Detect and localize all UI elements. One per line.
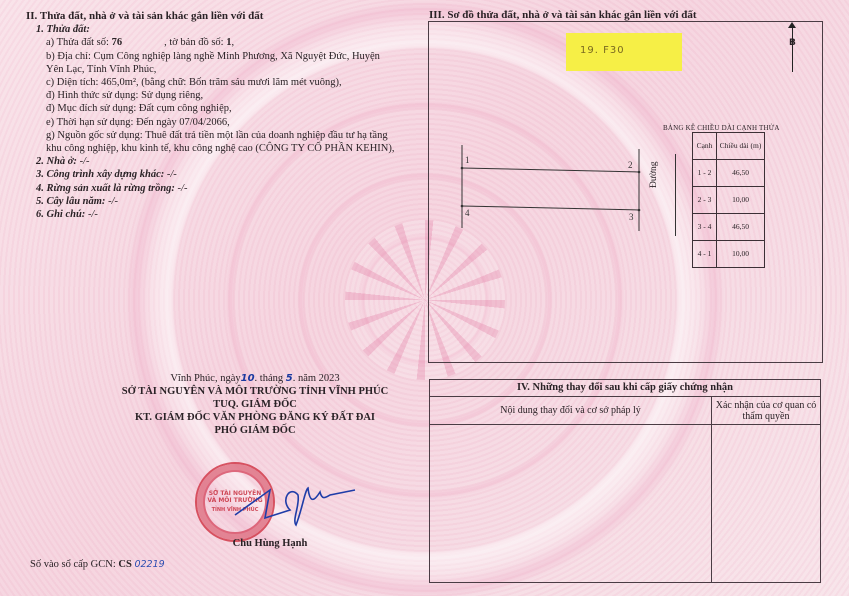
col-authority-confirmation: Xác nhận của cơ quan có thẩm quyền <box>712 397 821 425</box>
signature-block: Vĩnh Phúc, ngày10. tháng 5. năm 2023 SỞ … <box>110 372 400 437</box>
origin-line: g) Nguồn gốc sử dụng: Thuê đất trả tiền … <box>26 129 421 142</box>
origin-line-cont: khu công nghiệp, khu kinh tế, khu công n… <box>26 142 421 155</box>
other-item: 4. Rừng sản xuất là rừng trồng: -/- <box>26 182 421 195</box>
section-land-info: II. Thửa đất, nhà ở và tài sản khác gắn … <box>26 10 421 221</box>
area-line: c) Diện tích: 465,0m², (bằng chữ: Bốn tr… <box>26 76 421 89</box>
table-row: 4 - 110,00 <box>693 241 765 268</box>
changes-table: IV. Những thay đổi sau khi cấp giấy chứn… <box>429 379 821 583</box>
usage-form-line: đ) Hình thức sử dụng: Sử dụng riêng, <box>26 89 421 102</box>
other-item: 6. Ghi chú: -/- <box>26 208 421 221</box>
point-label: 3 <box>629 212 634 222</box>
point-label: 2 <box>628 160 633 170</box>
table-row: 3 - 446,50 <box>693 214 765 241</box>
table-row: 1 - 246,50 <box>693 160 765 187</box>
section2-title: II. Thửa đất, nhà ở và tài sản khác gắn … <box>26 10 421 23</box>
sticky-note-text: 19. F30 <box>580 44 625 57</box>
change-content-cell <box>430 425 712 583</box>
usage-term-line: e) Thời hạn sử dụng: Đến ngày 07/04/2066… <box>26 116 421 129</box>
other-item: 5. Cây lâu năm: -/- <box>26 195 421 208</box>
certificate-page: II. Thửa đất, nhà ở và tài sản khác gắn … <box>0 0 849 596</box>
address-line-cont: Yên Lạc, Tỉnh Vĩnh Phúc, <box>26 63 421 76</box>
road-label: Đường <box>648 161 661 188</box>
parcel-number: 76 <box>112 37 123 48</box>
parcel-sketch: 1 2 3 4 <box>440 140 650 240</box>
parcel-number-line: a) Thửa đất số: 76, tờ bản đồ số: 1, <box>26 36 421 49</box>
authority-line: TUQ. GIÁM ĐỐC <box>110 398 400 411</box>
col-change-content: Nội dung thay đổi và cơ sở pháp lý <box>430 397 712 425</box>
confirmation-cell <box>712 425 821 583</box>
land-heading: 1. Thửa đất: <box>26 23 421 36</box>
section4-title: IV. Những thay đổi sau khi cấp giấy chứn… <box>430 380 821 397</box>
table-row: 2 - 310,00 <box>693 187 765 214</box>
edge-length-table: CạnhChiều dài (m) 1 - 246,50 2 - 310,00 … <box>692 132 765 268</box>
point-label: 1 <box>465 155 470 165</box>
north-label: B <box>789 37 796 50</box>
point-label: 4 <box>465 208 470 218</box>
usage-purpose-line: đ) Mục đích sử dụng: Đất cụm công nghiệp… <box>26 102 421 115</box>
road-boundary-line <box>675 154 676 236</box>
handwritten-signature <box>230 470 360 530</box>
address-line: b) Địa chỉ: Cụm Công nghiệp làng nghề Mi… <box>26 50 421 63</box>
other-item: 3. Công trình xây dựng khác: -/- <box>26 168 421 181</box>
registry-number: Số vào sổ cấp GCN: CS 02219 <box>30 558 165 571</box>
other-item: 2. Nhà ở: -/- <box>26 155 421 168</box>
issuing-org: SỞ TÀI NGUYÊN VÀ MÔI TRƯỜNG TỈNH VĨNH PH… <box>110 385 400 398</box>
signer-name: Chu Hùng Hạnh <box>200 537 340 550</box>
authority-line: KT. GIÁM ĐỐC VĂN PHÒNG ĐĂNG KÝ ĐẤT ĐAI <box>110 411 400 424</box>
signer-title: PHÓ GIÁM ĐỐC <box>110 424 400 437</box>
place-date: Vĩnh Phúc, ngày10. tháng 5. năm 2023 <box>110 372 400 385</box>
